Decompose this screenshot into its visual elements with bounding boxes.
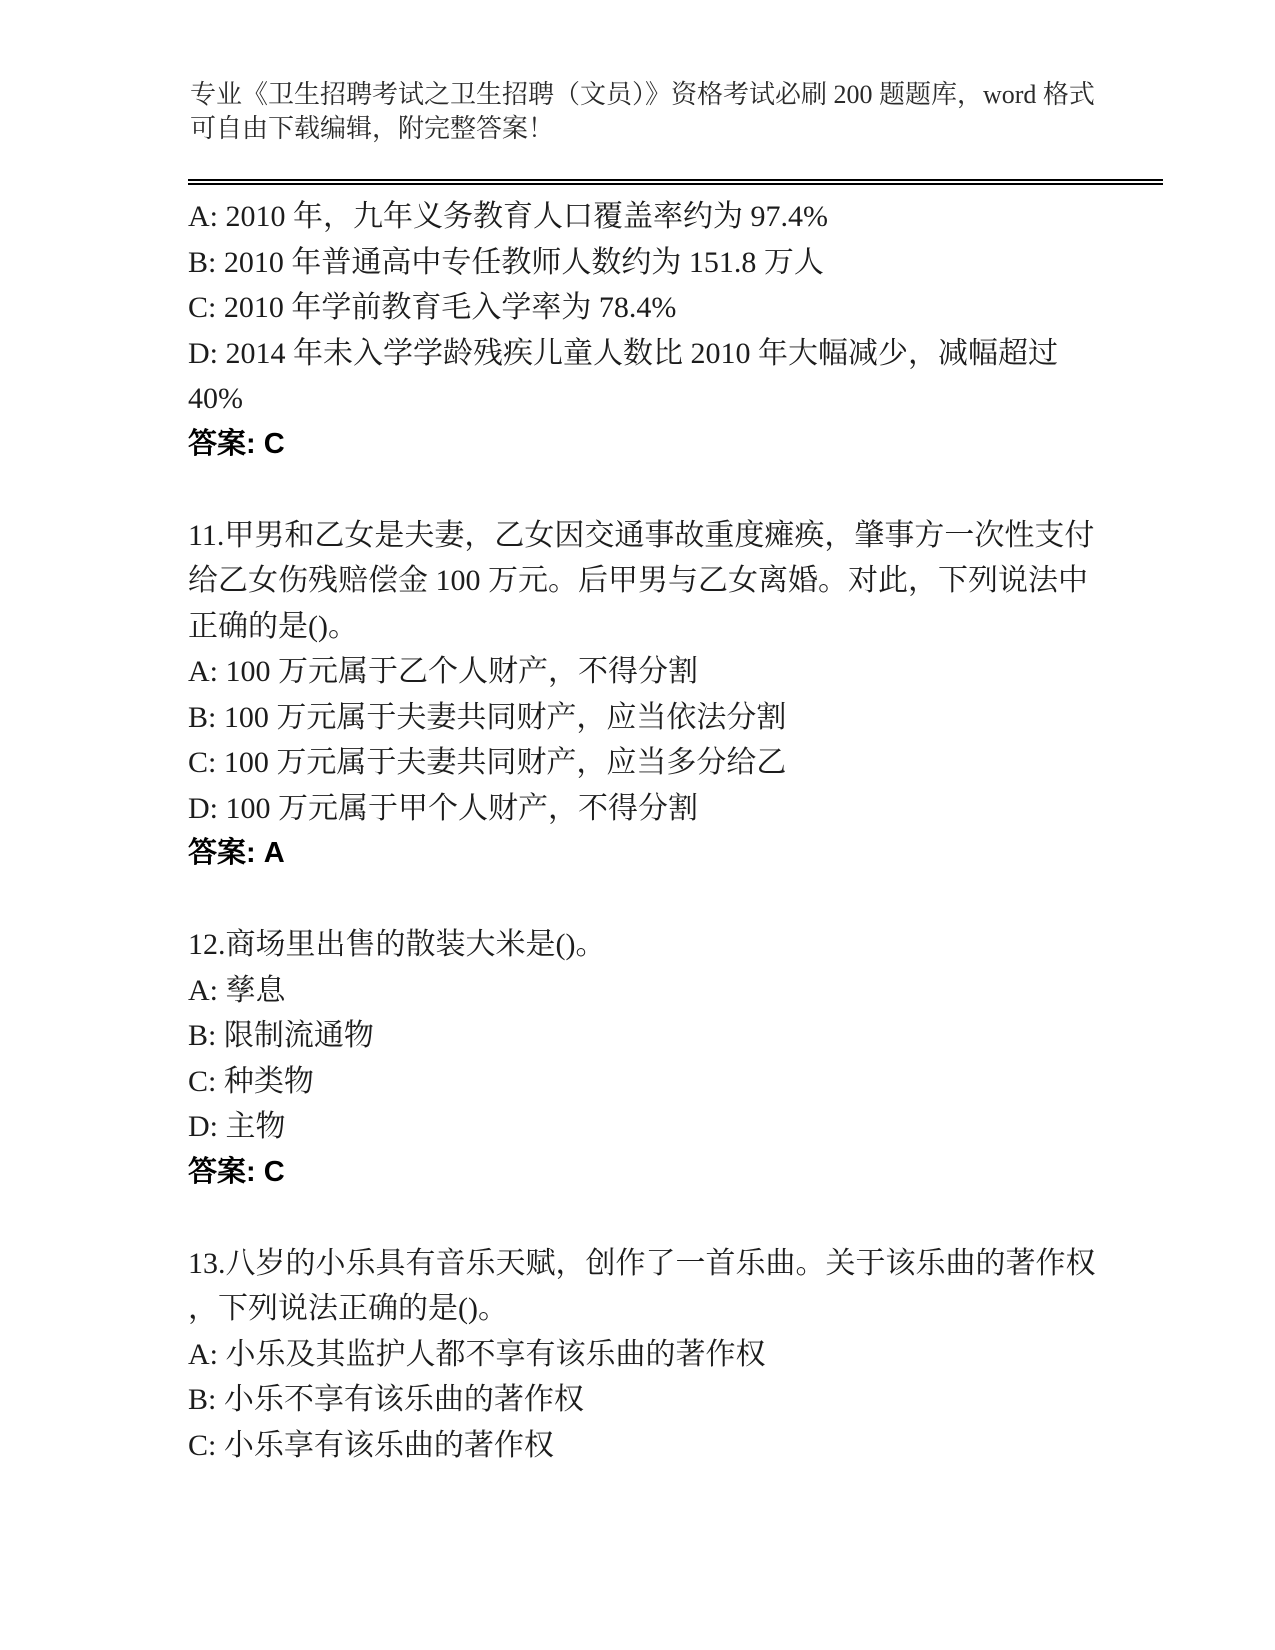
document-body: A: 2010 年，九年义务教育人口覆盖率约为 97.4% B: 2010 年普… [188, 194, 1188, 1468]
document-page: 专业《卫生招聘考试之卫生招聘（文员）》资格考试必刷 200 题题库，word 格… [0, 0, 1275, 1650]
option-line: D: 100 万元属于甲个人财产，不得分割 [188, 786, 1188, 832]
option-line: C: 100 万元属于夫妻共同财产，应当多分给乙 [188, 740, 1188, 786]
header-divider [188, 179, 1163, 185]
option-line: B: 限制流通物 [188, 1013, 1188, 1059]
option-line: C: 小乐享有该乐曲的著作权 [188, 1423, 1188, 1469]
option-line: A: 孳息 [188, 968, 1188, 1014]
page-header: 专业《卫生招聘考试之卫生招聘（文员）》资格考试必刷 200 题题库，word 格… [190, 78, 1110, 146]
option-line: D: 2014 年未入学学龄残疾儿童人数比 2010 年大幅减少，减幅超过 [188, 331, 1188, 377]
answer-line: 答案: A [188, 831, 1188, 877]
question-block-13: 13.八岁的小乐具有音乐天赋，创作了一首乐曲。关于该乐曲的著作权 ，下列说法正确… [188, 1241, 1188, 1469]
question-text-line: 11.甲男和乙女是夫妻，乙女因交通事故重度瘫痪，肇事方一次性支付 [188, 513, 1188, 559]
question-text-line: 正确的是()。 [188, 604, 1188, 650]
option-line: C: 2010 年学前教育毛入学率为 78.4% [188, 285, 1188, 331]
option-line: B: 100 万元属于夫妻共同财产，应当依法分割 [188, 695, 1188, 741]
question-text-line: 给乙女伤残赔偿金 100 万元。后甲男与乙女离婚。对此，下列说法中 [188, 558, 1188, 604]
question-block-10: A: 2010 年，九年义务教育人口覆盖率约为 97.4% B: 2010 年普… [188, 194, 1188, 467]
question-block-12: 12.商场里出售的散装大米是()。 A: 孳息 B: 限制流通物 C: 种类物 … [188, 922, 1188, 1195]
question-text-line: 13.八岁的小乐具有音乐天赋，创作了一首乐曲。关于该乐曲的著作权 [188, 1241, 1188, 1287]
question-text-line: ，下列说法正确的是()。 [188, 1286, 1188, 1332]
option-line: C: 种类物 [188, 1059, 1188, 1105]
option-line: B: 2010 年普通高中专任教师人数约为 151.8 万人 [188, 240, 1188, 286]
option-line: D: 主物 [188, 1104, 1188, 1150]
continuation-line: 40% [188, 376, 1188, 422]
option-line: B: 小乐不享有该乐曲的著作权 [188, 1377, 1188, 1423]
answer-line: 答案: C [188, 1150, 1188, 1196]
header-title-line-1: 专业《卫生招聘考试之卫生招聘（文员）》资格考试必刷 200 题题库，word 格… [190, 78, 1110, 112]
question-text-line: 12.商场里出售的散装大米是()。 [188, 922, 1188, 968]
option-line: A: 小乐及其监护人都不享有该乐曲的著作权 [188, 1332, 1188, 1378]
question-block-11: 11.甲男和乙女是夫妻，乙女因交通事故重度瘫痪，肇事方一次性支付 给乙女伤残赔偿… [188, 513, 1188, 877]
header-title-line-2: 可自由下载编辑，附完整答案！ [190, 112, 1110, 146]
option-line: A: 100 万元属于乙个人财产，不得分割 [188, 649, 1188, 695]
option-line: A: 2010 年，九年义务教育人口覆盖率约为 97.4% [188, 194, 1188, 240]
answer-line: 答案: C [188, 422, 1188, 468]
